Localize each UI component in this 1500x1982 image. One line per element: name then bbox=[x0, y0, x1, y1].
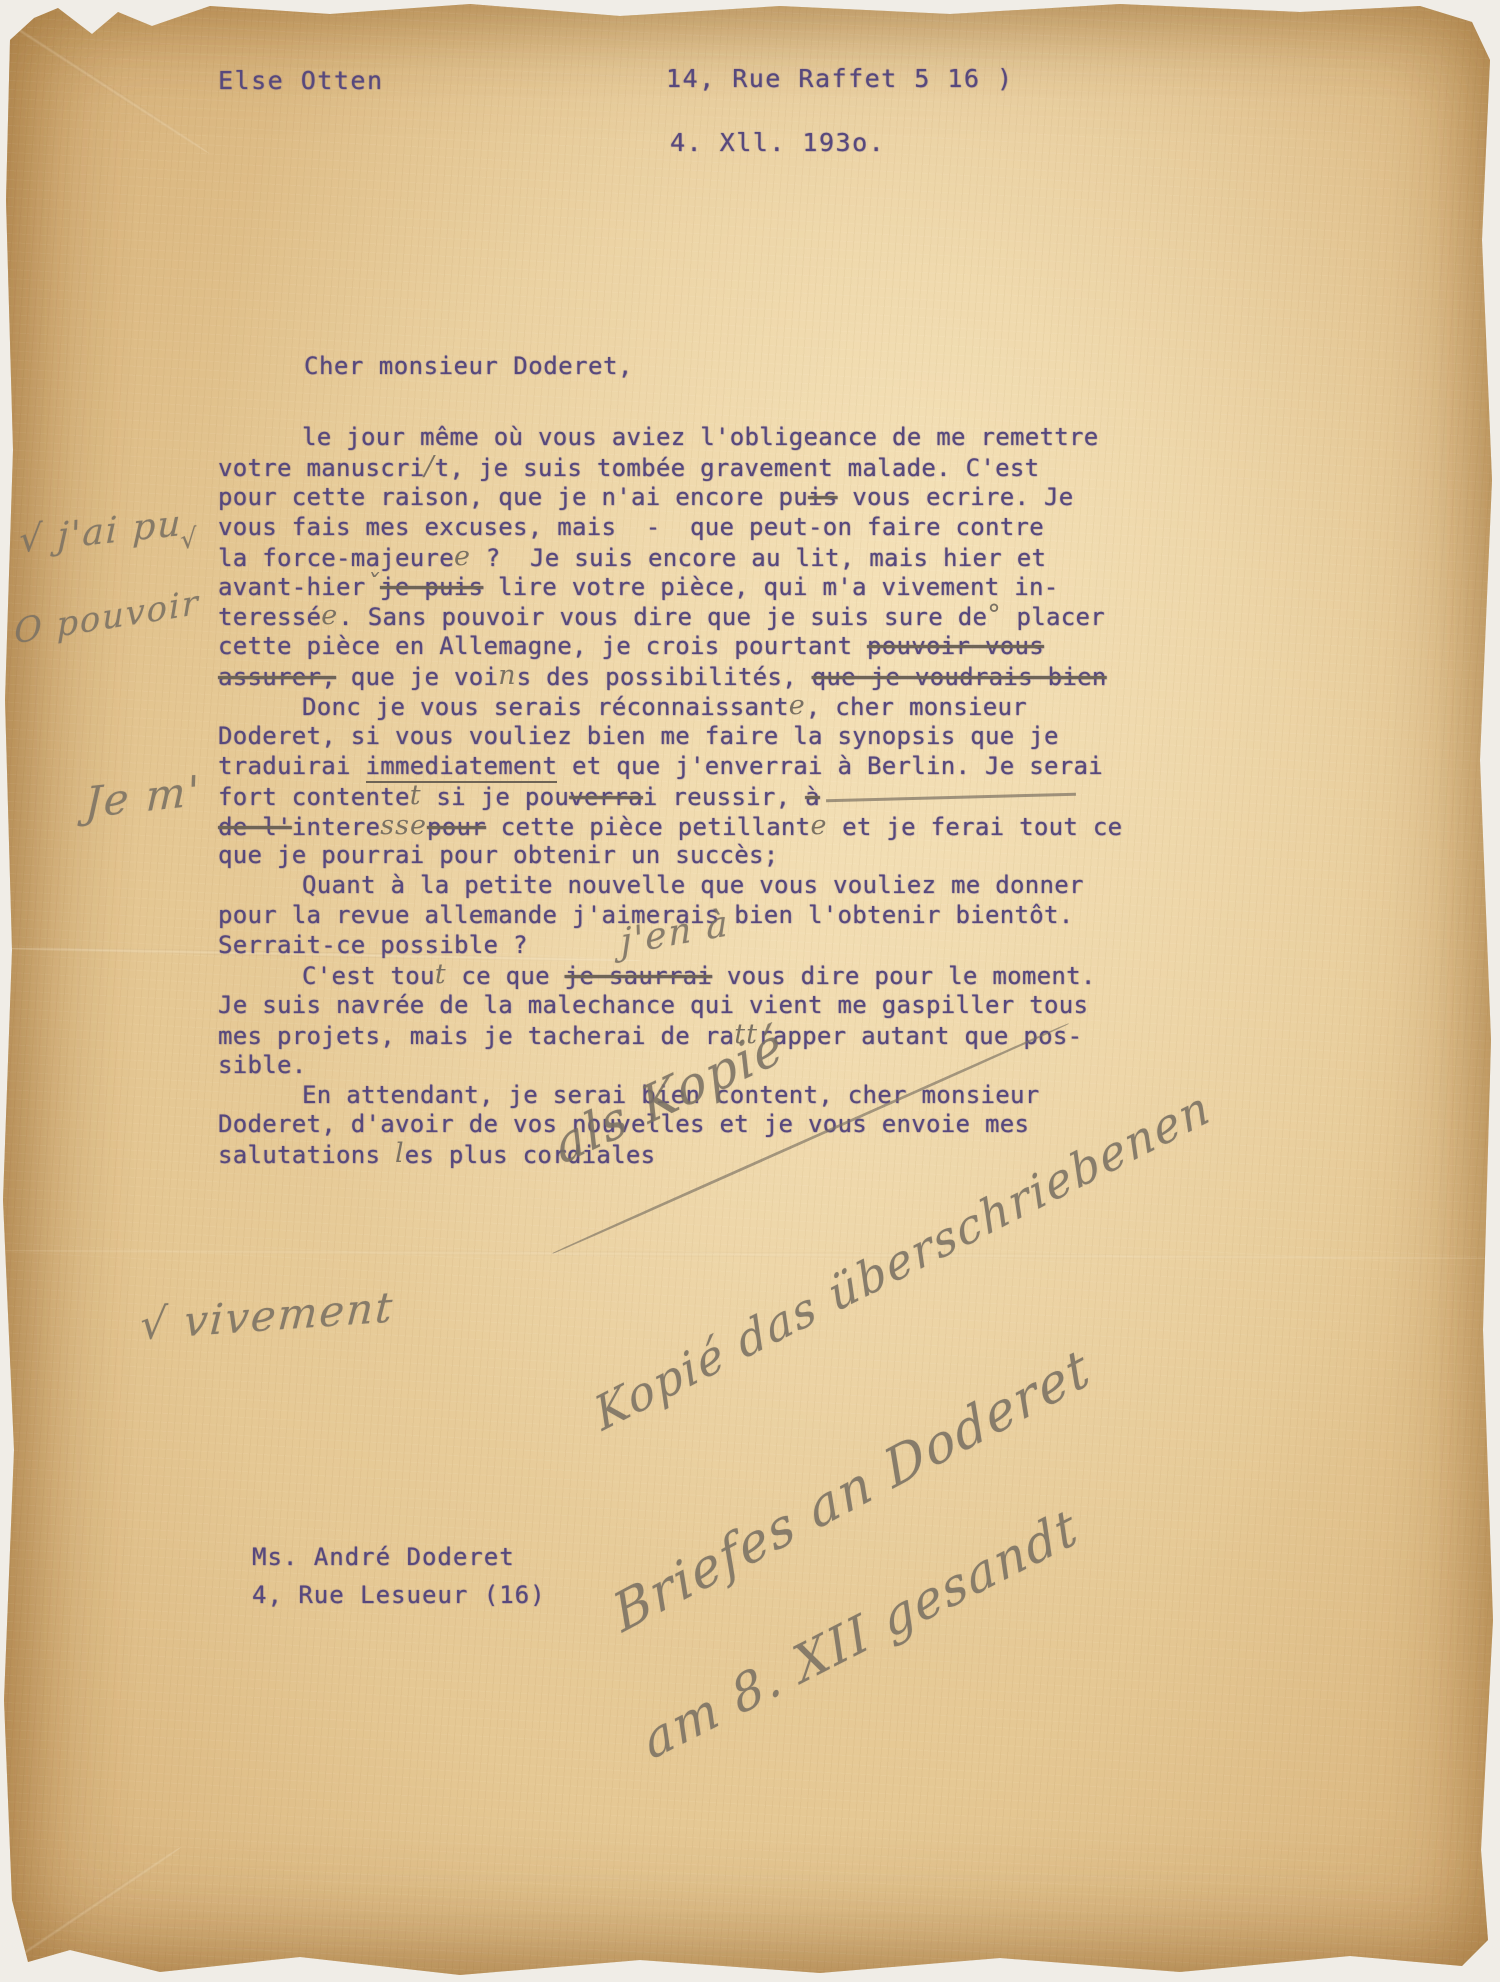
typed-line: votre manuscri/t, je suis tombée graveme… bbox=[218, 453, 1218, 483]
typed-line: Doderet, d'avoir de vos nouvelles et je … bbox=[218, 1110, 1218, 1140]
typed-segment: vous ecrire. Je bbox=[837, 483, 1073, 511]
typed-segment: s des possibilités, bbox=[517, 663, 812, 691]
pencil-correction: sse bbox=[380, 810, 427, 841]
typed-segment: ? Je suis encore au lit, mais hier et bbox=[471, 544, 1046, 572]
typed-line: teressée. Sans pouvoir vous dire que je … bbox=[218, 602, 1218, 632]
typed-segment: assurer, bbox=[218, 663, 336, 691]
typed-segment: Donc je vous serais réconnaissant bbox=[302, 693, 789, 721]
typed-segment: Quant à la petite nouvelle que vous voul… bbox=[302, 871, 1084, 899]
typed-segment: Serrait-ce possible ? bbox=[218, 931, 528, 959]
recipient-name: Ms. André Doderet bbox=[252, 1538, 546, 1576]
typed-segment: à bbox=[805, 783, 820, 811]
recipient-address: 4, Rue Lesueur (16) bbox=[252, 1576, 546, 1614]
typed-segment: Doderet, si vous vouliez bien me faire l… bbox=[218, 722, 1059, 750]
typed-segment: C'est tou bbox=[302, 962, 435, 990]
typed-segment: immediatement bbox=[366, 752, 558, 783]
typed-line: le jour même où vous aviez l'obligeance … bbox=[218, 423, 1218, 453]
typed-segment: de l' bbox=[218, 813, 292, 841]
pencil-correction: e bbox=[789, 690, 806, 721]
typed-segment: pour bbox=[427, 813, 486, 841]
typed-segment: lire votre pièce, qui m'a vivement in- bbox=[483, 573, 1058, 601]
pencil-margin-note: √ vivement bbox=[139, 1282, 396, 1349]
typed-line: pour cette raison, que je n'ai encore pu… bbox=[218, 483, 1218, 513]
return-address: 14, Rue Raffet 5 16 ) bbox=[666, 64, 1014, 93]
typed-segment: , cher monsieur bbox=[806, 693, 1027, 721]
typed-segment: pouvoir vous bbox=[867, 632, 1044, 660]
typed-segment: t, je suis tombée gravement malade. C'es… bbox=[435, 454, 1040, 482]
typed-line: Je suis navrée de la malechance qui vien… bbox=[218, 991, 1218, 1021]
fold-crease bbox=[0, 1248, 1500, 1261]
typed-segment: la force-majeure bbox=[218, 544, 454, 572]
typed-segment: je puis bbox=[380, 573, 483, 601]
pencil-correction: ° bbox=[987, 600, 1002, 631]
pencil-margin-note: √ j'ai pu bbox=[19, 503, 184, 562]
typed-segment: . Sans pouvoir vous dire que je suis sur… bbox=[338, 603, 987, 631]
typed-segment: et que j'enverrai à Berlin. Je serai bbox=[557, 752, 1103, 780]
typed-line: assurer, que je voins des possibilités, … bbox=[218, 662, 1218, 692]
typed-segment: avant-hier bbox=[218, 573, 366, 601]
recipient-block: Ms. André Doderet 4, Rue Lesueur (16) bbox=[252, 1538, 546, 1614]
typed-line: Donc je vous serais réconnaissante, cher… bbox=[218, 692, 1218, 722]
typed-segment: pour cette raison, que je n'ai encore pu bbox=[218, 483, 808, 511]
sender-name: Else Otten bbox=[218, 66, 384, 95]
pencil-margin-note: √ bbox=[180, 523, 199, 557]
pencil-correction: n bbox=[498, 660, 516, 691]
pencil-correction: ˇ bbox=[366, 570, 381, 601]
typed-segment: fort contente bbox=[218, 783, 410, 811]
aged-paper-sheet: Else Otten 14, Rue Raffet 5 16 ) 4. Xll.… bbox=[0, 0, 1500, 1982]
corner-crease bbox=[0, 10, 210, 156]
pencil-margin-note: O pouvoir bbox=[14, 583, 200, 653]
pencil-correction: l bbox=[395, 1138, 405, 1169]
typed-segment: votre manuscri bbox=[218, 454, 425, 482]
typed-segment: mes projets, mais je tacherai de ra bbox=[218, 1022, 734, 1050]
typed-segment: placer bbox=[1002, 603, 1105, 631]
pencil-correction: / bbox=[425, 451, 435, 482]
pencil-correction: e bbox=[454, 541, 471, 572]
typed-segment: teressé bbox=[218, 603, 321, 631]
typed-line: que je pourrai pour obtenir un succès; bbox=[218, 841, 1218, 871]
typed-line: fort contentet si je pouverrai reussir, … bbox=[218, 782, 1218, 812]
typed-segment: is bbox=[808, 483, 838, 511]
typed-segment: ce que bbox=[447, 962, 565, 990]
typed-segment: salutations bbox=[218, 1141, 395, 1169]
typed-line: vous fais mes excuses, mais - que peut-o… bbox=[218, 513, 1218, 543]
letter-scan: { "colors": { "backing": "#f0ede7", "pap… bbox=[0, 0, 1500, 1982]
pencil-correction: t bbox=[435, 959, 447, 990]
typed-segment: je saurrai bbox=[565, 962, 713, 990]
pencil-correction: e bbox=[810, 810, 827, 841]
typed-segment: sible. bbox=[218, 1051, 307, 1079]
typed-segment: rapper autant que pos- bbox=[758, 1022, 1082, 1050]
typed-segment: cette pièce petillant bbox=[486, 813, 810, 841]
typed-line: C'est tout ce que je saurrai vous dire p… bbox=[218, 961, 1218, 991]
typed-line: la force-majeuree ? Je suis encore au li… bbox=[218, 543, 1218, 573]
letter-date: 4. Xll. 193o. bbox=[670, 128, 885, 157]
typed-line: avant-hierˇje puis lire votre pièce, qui… bbox=[218, 572, 1218, 602]
typed-segment: que je pourrai pour obtenir un succès; bbox=[218, 841, 778, 869]
typed-segment: et je ferai tout ce bbox=[827, 813, 1122, 841]
typed-segment: verra bbox=[569, 783, 643, 811]
pencil-stroke bbox=[826, 793, 1076, 803]
typed-line: Quant à la petite nouvelle que vous voul… bbox=[218, 871, 1218, 901]
typed-line: Doderet, si vous vouliez bien me faire l… bbox=[218, 722, 1218, 752]
typed-segment: cette pièce en Allemagne, je crois pourt… bbox=[218, 632, 867, 660]
typed-segment: si je pou bbox=[422, 783, 570, 811]
typed-line: cette pièce en Allemagne, je crois pourt… bbox=[218, 632, 1218, 662]
typed-segment: que je voudrais bien bbox=[812, 663, 1107, 691]
typed-line: traduirai immediatement et que j'enverra… bbox=[218, 752, 1218, 782]
salutation: Cher monsieur Doderet, bbox=[304, 352, 633, 380]
typed-segment: vous dire pour le moment. bbox=[712, 962, 1095, 990]
pencil-correction: e bbox=[321, 600, 338, 631]
typed-segment: vous fais mes excuses, mais - que peut-o… bbox=[218, 513, 1044, 541]
corner-crease bbox=[0, 1845, 183, 1972]
typed-line: de l'interessepour cette pièce petillant… bbox=[218, 812, 1218, 842]
typed-segment: le jour même où vous aviez l'obligeance … bbox=[302, 423, 1098, 451]
typed-segment: que je voi bbox=[336, 663, 498, 691]
typed-segment: Je suis navrée de la malechance qui vien… bbox=[218, 991, 1088, 1019]
typed-segment: intere bbox=[292, 813, 381, 841]
typed-segment: traduirai bbox=[218, 752, 366, 780]
pencil-margin-note: Je m' bbox=[84, 766, 202, 828]
pencil-correction: t bbox=[410, 780, 422, 811]
typed-segment: i reussir, bbox=[643, 783, 805, 811]
